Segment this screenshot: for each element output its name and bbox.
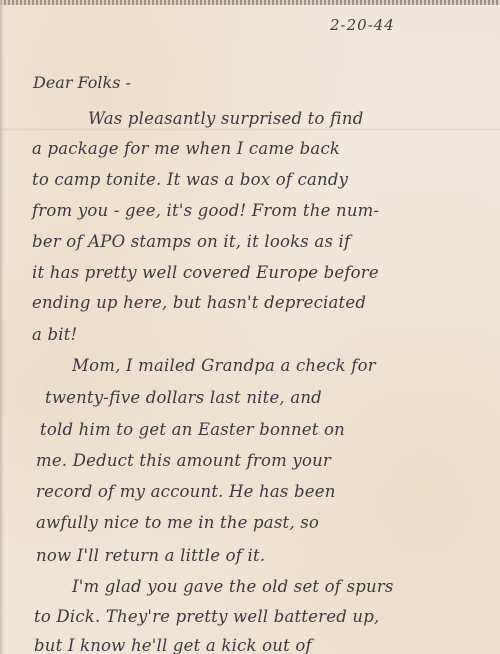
letter-line: awfully nice to me in the past, so	[36, 513, 319, 532]
letter-line: it has pretty well covered Europe before	[32, 263, 379, 282]
letter-line: I'm glad you gave the old set of spurs	[72, 577, 394, 596]
letter-line: but I know he'll get a kick out of	[34, 636, 312, 654]
letter-line: from you - gee, it's good! From the num-	[32, 201, 379, 220]
letter-line: ending up here, but hasn't depreciated	[32, 293, 366, 312]
letter-page: 2-20-44 Dear Folks - Was pleasantly surp…	[0, 0, 500, 654]
letter-line: Mom, I mailed Grandpa a check for	[72, 356, 376, 375]
letter-line: twenty-five dollars last nite, and	[45, 388, 322, 407]
letter-line: ber of APO stamps on it, it looks as if	[32, 232, 350, 251]
letter-line: to Dick. They're pretty well battered up…	[34, 607, 379, 626]
letter-line: a package for me when I came back	[32, 139, 340, 158]
letter-salutation: Dear Folks -	[33, 73, 131, 92]
letter-line: record of my account. He has been	[36, 482, 336, 501]
letter-line: now I'll return a little of it.	[36, 546, 265, 565]
letter-line: a bit!	[32, 325, 77, 344]
letter-body: 2-20-44 Dear Folks - Was pleasantly surp…	[0, 0, 500, 654]
letter-line: me. Deduct this amount from your	[36, 451, 331, 470]
letter-date: 2-20-44	[330, 16, 395, 34]
letter-line: Was pleasantly surprised to find	[88, 109, 363, 128]
letter-line: to camp tonite. It was a box of candy	[32, 170, 348, 189]
letter-line: told him to get an Easter bonnet on	[40, 420, 345, 439]
